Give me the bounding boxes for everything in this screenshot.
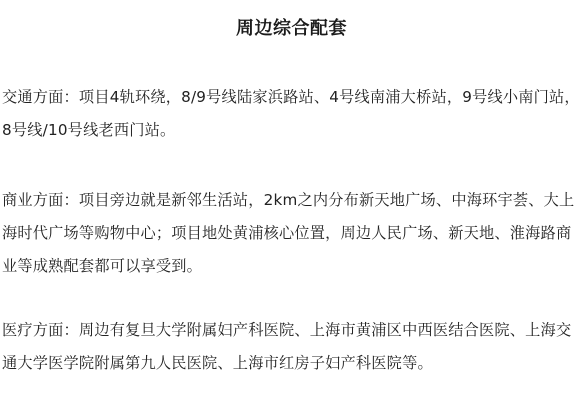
transport-paragraph: 交通方面：项目4轨环绕，8/9号线陆家浜路站、4号线南浦大桥站，9号线小南门站，… bbox=[2, 81, 580, 147]
commerce-paragraph: 商业方面：项目旁边就是新邻生活站，2km之内分布新天地广场、中海环宇荟、大上海时… bbox=[2, 184, 580, 283]
medical-paragraph: 医疗方面：周边有复旦大学附属妇产科医院、上海市黄浦区中西医结合医院、上海交通大学… bbox=[2, 314, 580, 380]
page-title: 周边综合配套 bbox=[0, 14, 583, 40]
